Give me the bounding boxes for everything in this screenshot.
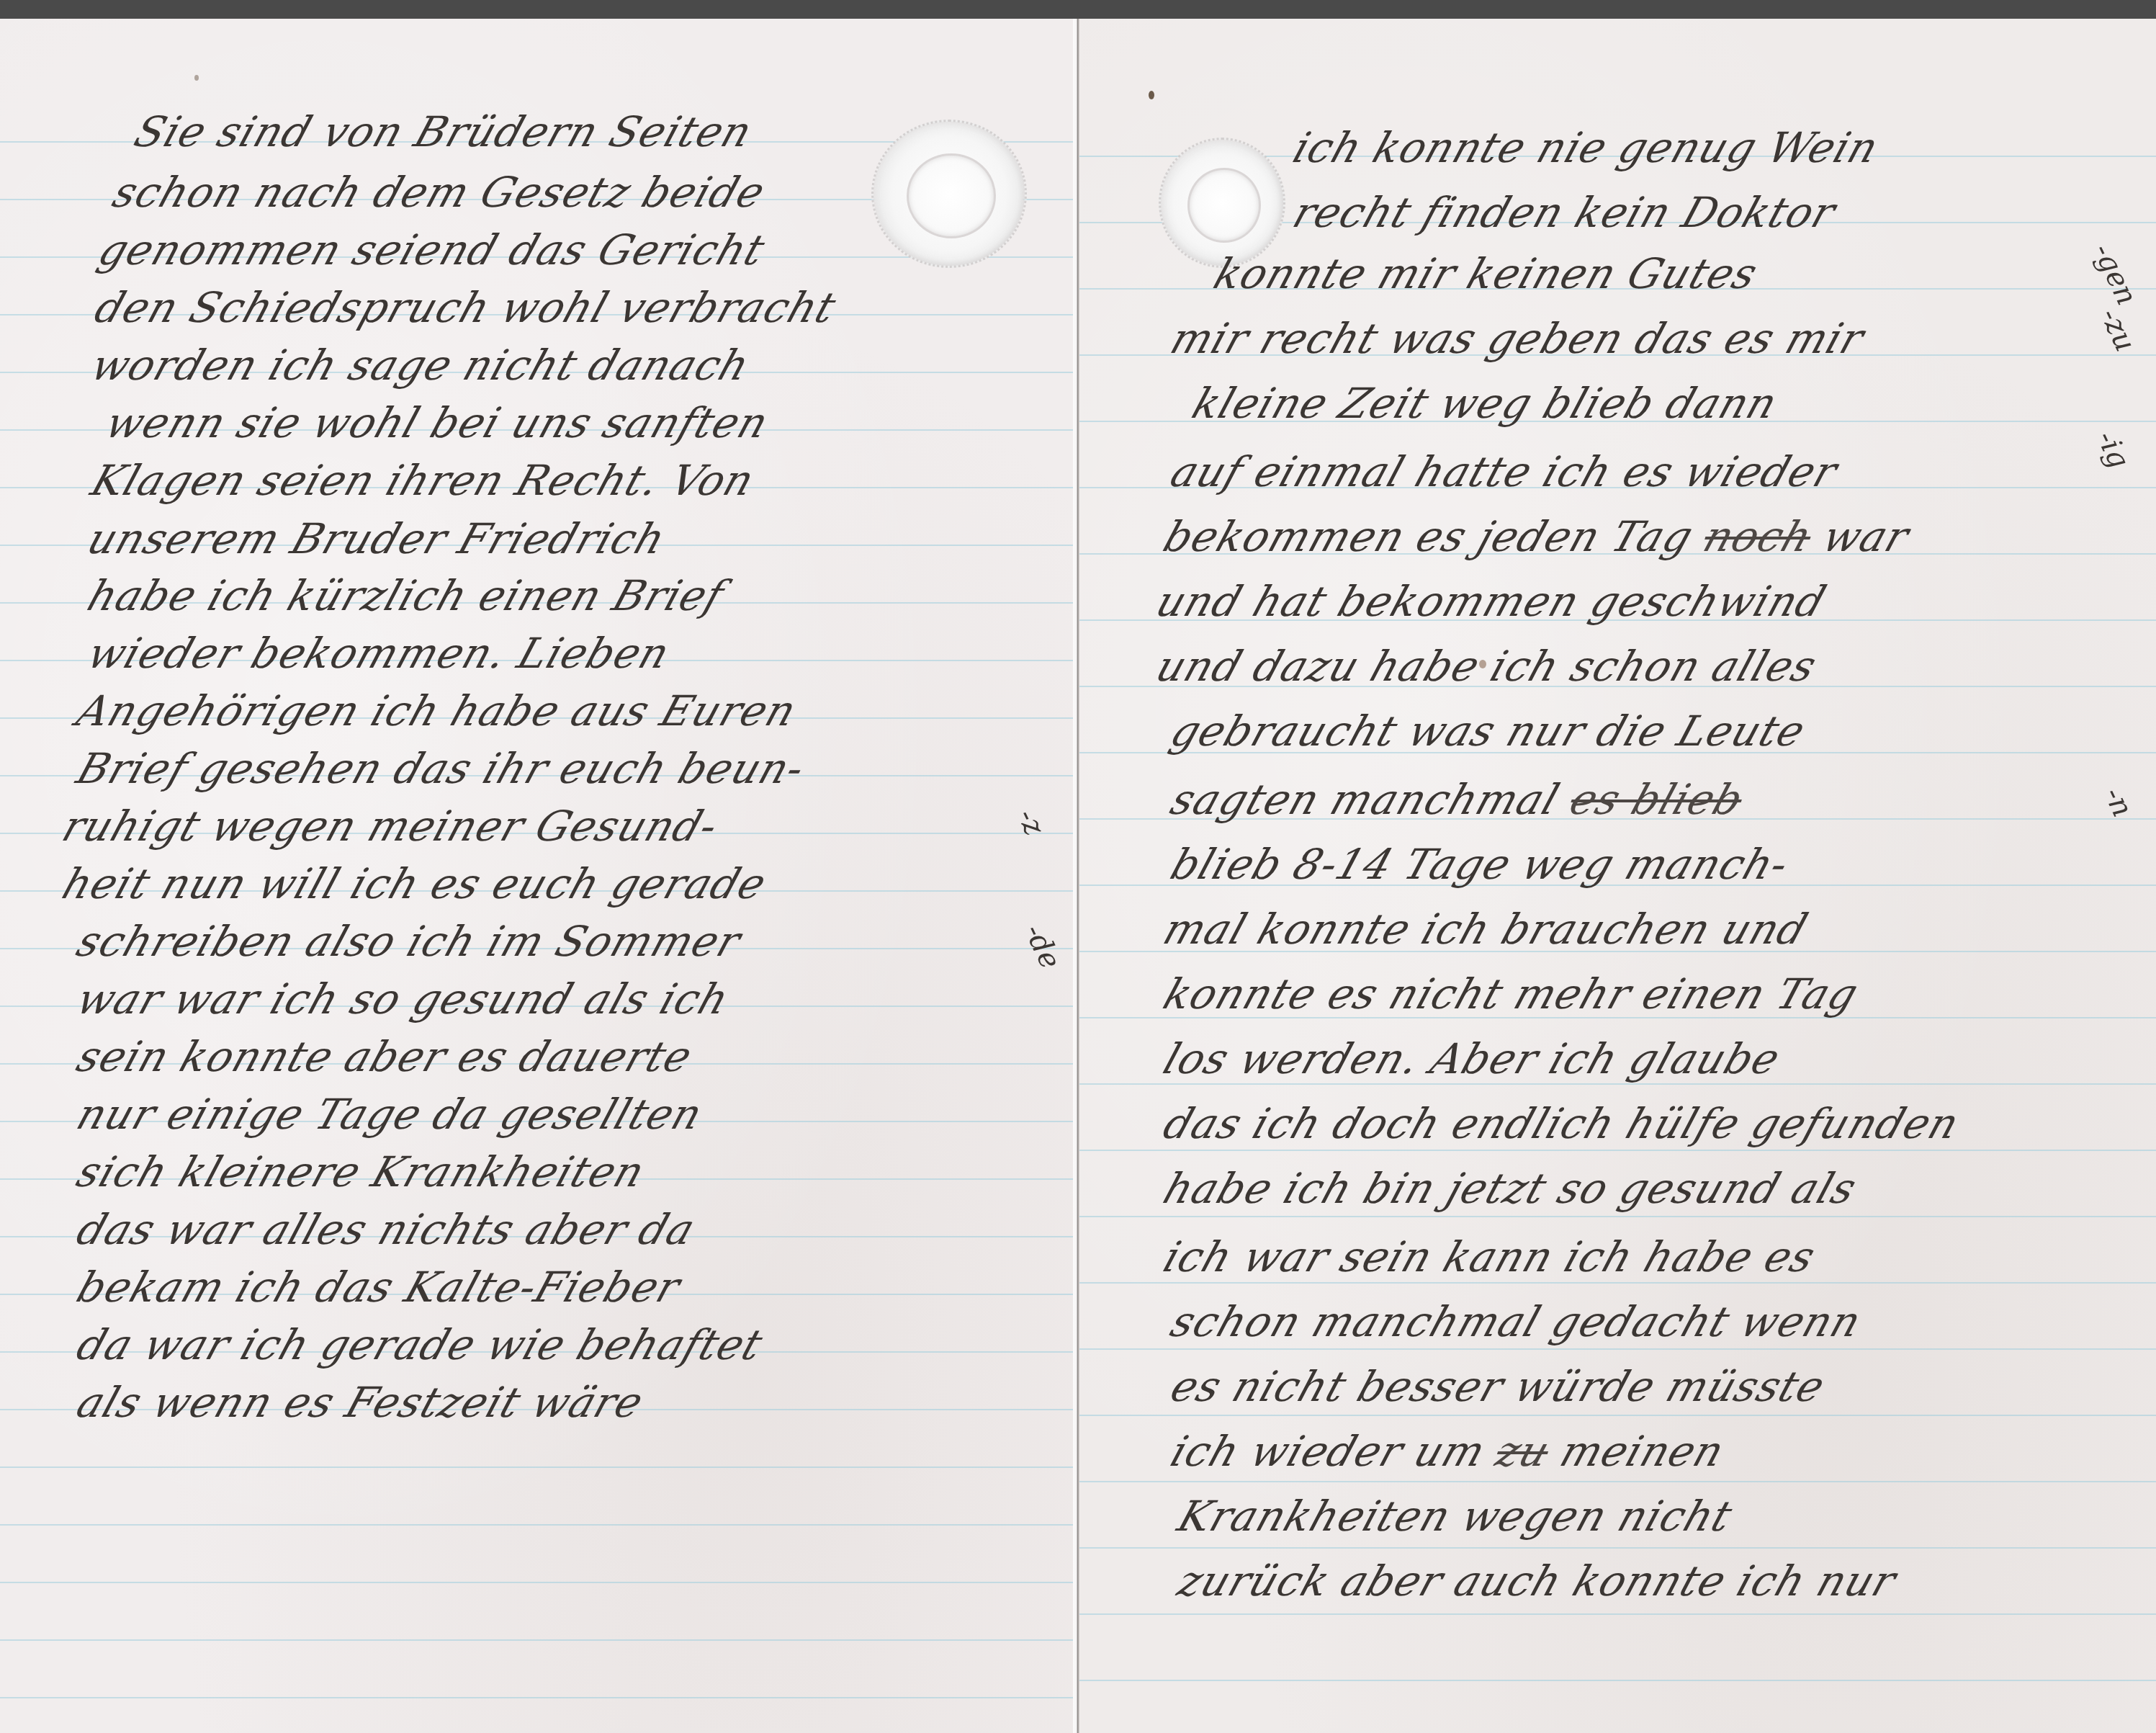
handwritten-line: Sie sind von Brüdern Seiten (130, 111, 758, 153)
handwritten-line: wenn sie wohl bei uns sanften (101, 402, 773, 444)
handwritten-line: Angehörigen ich habe aus Euren (72, 690, 801, 732)
handwritten-line: genommen seiend das Gericht (94, 229, 771, 271)
handwritten-line: Klagen seien ihren Recht. Von (86, 460, 760, 501)
struck-word: es blieb (1564, 775, 1750, 824)
handwritten-line: habe ich kürzlich einen Brief (83, 575, 729, 617)
line-text: war (1817, 512, 1915, 561)
handwritten-line: gebraucht was nur die Leute (1166, 710, 1810, 752)
handwritten-line: das ich doch endlich hülfe gefunden (1159, 1103, 1964, 1145)
handwritten-line: da war ich gerade wie behaftet (72, 1324, 768, 1366)
handwritten-line: den Schiedspruch wohl verbracht (90, 287, 841, 328)
handwritten-line: war war ich so gesund als ich (72, 978, 735, 1020)
handwritten-line: nur einige Tage da gesellten (72, 1093, 708, 1135)
scanner-top-bar (0, 0, 2156, 19)
handwritten-line: mal konnte ich brauchen und (1159, 908, 1813, 950)
handwritten-line: unserem Bruder Friedrich (83, 518, 671, 560)
handwritten-line: heit nun will ich es euch gerade (58, 863, 772, 905)
handwritten-line: kleine Zeit weg blieb dann (1187, 382, 1783, 424)
left-page: Sie sind von Brüdern Seiten schon nach d… (0, 19, 1075, 1733)
handwritten-line: mir recht was geben das es mir (1166, 318, 1869, 359)
handwritten-line: wieder bekommen. Lieben (83, 632, 675, 674)
handwritten-line: schon manchmal gedacht wenn (1166, 1301, 1867, 1343)
handwritten-line: worden ich sage nicht danach (86, 344, 755, 386)
right-page: ich konnte nie genug Wein recht finden k… (1079, 19, 2156, 1733)
handwritten-line: es nicht besser würde müsste (1166, 1366, 1830, 1407)
handwritten-line: zurück aber auch konnte ich nur (1173, 1560, 1901, 1602)
handwritten-line: sagten manchmal es blieb (1166, 779, 1748, 820)
handwritten-line: als wenn es Festzeit wäre (72, 1382, 649, 1423)
handwritten-line: los werden. Aber ich glaube (1159, 1038, 1785, 1080)
handwritten-line: auf einmal hatte ich es wieder (1166, 451, 1843, 493)
handwritten-line: recht finden kein Doktor (1288, 192, 1841, 233)
handwritten-line: ich wieder um zu meinen (1166, 1430, 1730, 1472)
right-page-text: ich konnte nie genug Wein recht finden k… (1079, 19, 2156, 1733)
struck-word: zu (1490, 1427, 1556, 1476)
handwritten-line: bekommen es jeden Tag noch war (1159, 516, 1914, 557)
handwritten-line: Brief gesehen das ihr euch beun- (72, 748, 810, 789)
handwritten-line: und hat bekommen geschwind (1151, 581, 1831, 622)
handwritten-line: Krankheiten wegen nicht (1173, 1495, 1738, 1537)
handwritten-line: konnte mir keinen Gutes (1209, 253, 1763, 295)
handwritten-line: habe ich bin jetzt so gesund als (1159, 1168, 1861, 1209)
handwritten-line: sich kleinere Krankheiten (72, 1151, 650, 1193)
line-text: bekommen es jeden Tag (1157, 512, 1699, 561)
handwritten-line: das war alles nichts aber da (72, 1209, 701, 1250)
handwritten-line: und dazu habe ich schon alles (1151, 645, 1822, 687)
handwritten-line: schreiben also ich im Sommer (72, 921, 746, 962)
handwritten-line: ich konnte nie genug Wein (1288, 127, 1884, 169)
line-text: ich wieder um (1164, 1427, 1491, 1476)
line-text: sagten manchmal (1164, 775, 1566, 824)
handwritten-line: blieb 8-14 Tage weg manch- (1166, 843, 1794, 885)
handwritten-line: sein konnte aber es dauerte (72, 1036, 698, 1078)
handwritten-line: bekam ich das Kalte-Fieber (72, 1266, 686, 1308)
handwritten-line: schon nach dem Gesetz beide (108, 171, 771, 213)
handwritten-line: konnte es nicht mehr einen Tag (1159, 973, 1864, 1015)
left-page-text: Sie sind von Brüdern Seiten schon nach d… (0, 19, 1075, 1733)
handwritten-line: ich war sein kann ich habe es (1159, 1236, 1820, 1278)
struck-word: noch (1697, 512, 1818, 561)
line-text: meinen (1554, 1427, 1730, 1476)
handwritten-line: ruhigt wegen meiner Gesund- (58, 805, 723, 847)
